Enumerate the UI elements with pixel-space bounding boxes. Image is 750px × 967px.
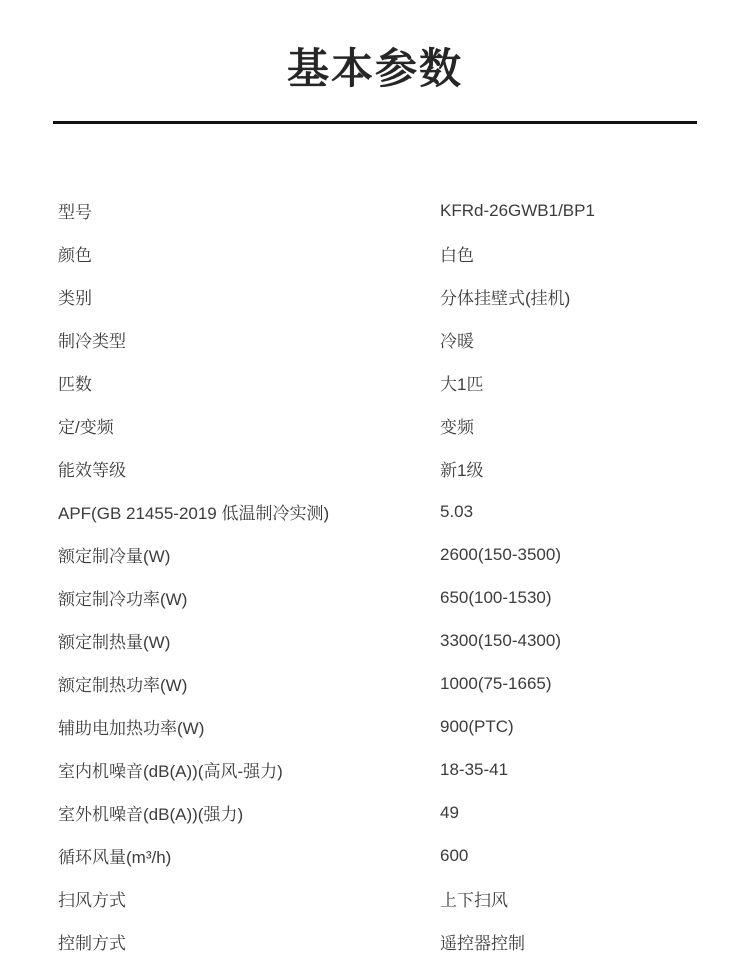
spec-value: 上下扫风 [440,886,710,911]
spec-value: KFRd-26GWB1/BP1 [440,201,710,221]
spec-row: 控制方式 遥控器控制 [58,920,710,963]
spec-value: 大1匹 [440,370,710,395]
spec-label: 循环风量(m³/h) [58,843,440,868]
title-divider [53,121,697,124]
spec-row: 制冷类型 冷暖 [58,318,710,361]
spec-label: 额定制热量(W) [58,628,440,653]
spec-value: 900(PTC) [440,717,710,737]
spec-label: 控制方式 [58,929,440,954]
spec-row: 颜色 白色 [58,232,710,275]
spec-label: 额定制冷功率(W) [58,585,440,610]
page-title: 基本参数 [0,48,750,90]
spec-value: 新1级 [440,456,710,481]
spec-value: 2600(150-3500) [440,545,710,565]
spec-label: 匹数 [58,370,440,395]
spec-value: 冷暖 [440,327,710,352]
spec-value: 600 [440,846,710,866]
spec-value: 变频 [440,413,710,438]
spec-row: 匹数 大1匹 [58,361,710,404]
spec-row: 型号 KFRd-26GWB1/BP1 [58,189,710,232]
spec-label: 室内机噪音(dB(A))(高风-强力) [58,757,440,782]
spec-label: 颜色 [58,241,440,266]
spec-row: 扫风方式 上下扫风 [58,877,710,920]
spec-value: 3300(150-4300) [440,631,710,651]
spec-row: 类别 分体挂壁式(挂机) [58,275,710,318]
spec-row: 循环风量(m³/h) 600 [58,834,710,877]
spec-row: 能效等级 新1级 [58,447,710,490]
spec-label: APF(GB 21455-2019 低温制冷实测) [58,499,440,524]
spec-row: 额定制冷量(W) 2600(150-3500) [58,533,710,576]
spec-label: 扫风方式 [58,886,440,911]
spec-value: 1000(75-1665) [440,674,710,694]
spec-label: 类别 [58,284,440,309]
spec-label: 制冷类型 [58,327,440,352]
spec-table: 型号 KFRd-26GWB1/BP1 颜色 白色 类别 分体挂壁式(挂机) 制冷… [58,189,710,963]
spec-row: 额定制热功率(W) 1000(75-1665) [58,662,710,705]
spec-row: 额定制热量(W) 3300(150-4300) [58,619,710,662]
spec-value: 分体挂壁式(挂机) [440,284,710,309]
spec-row: 辅助电加热功率(W) 900(PTC) [58,705,710,748]
spec-value: 5.03 [440,502,710,522]
spec-page: 基本参数 型号 KFRd-26GWB1/BP1 颜色 白色 类别 分体挂壁式(挂… [0,0,750,967]
spec-label: 室外机噪音(dB(A))(强力) [58,800,440,825]
spec-value: 白色 [440,241,710,266]
spec-row: 室外机噪音(dB(A))(强力) 49 [58,791,710,834]
spec-label: 额定制冷量(W) [58,542,440,567]
spec-value: 遥控器控制 [440,929,710,954]
spec-value: 18-35-41 [440,760,710,780]
spec-label: 定/变频 [58,413,440,438]
spec-value: 650(100-1530) [440,588,710,608]
spec-row: 定/变频 变频 [58,404,710,447]
spec-row: APF(GB 21455-2019 低温制冷实测) 5.03 [58,490,710,533]
spec-label: 型号 [58,198,440,223]
spec-row: 额定制冷功率(W) 650(100-1530) [58,576,710,619]
spec-label: 辅助电加热功率(W) [58,714,440,739]
spec-label: 能效等级 [58,456,440,481]
spec-value: 49 [440,803,710,823]
spec-label: 额定制热功率(W) [58,671,440,696]
spec-row: 室内机噪音(dB(A))(高风-强力) 18-35-41 [58,748,710,791]
